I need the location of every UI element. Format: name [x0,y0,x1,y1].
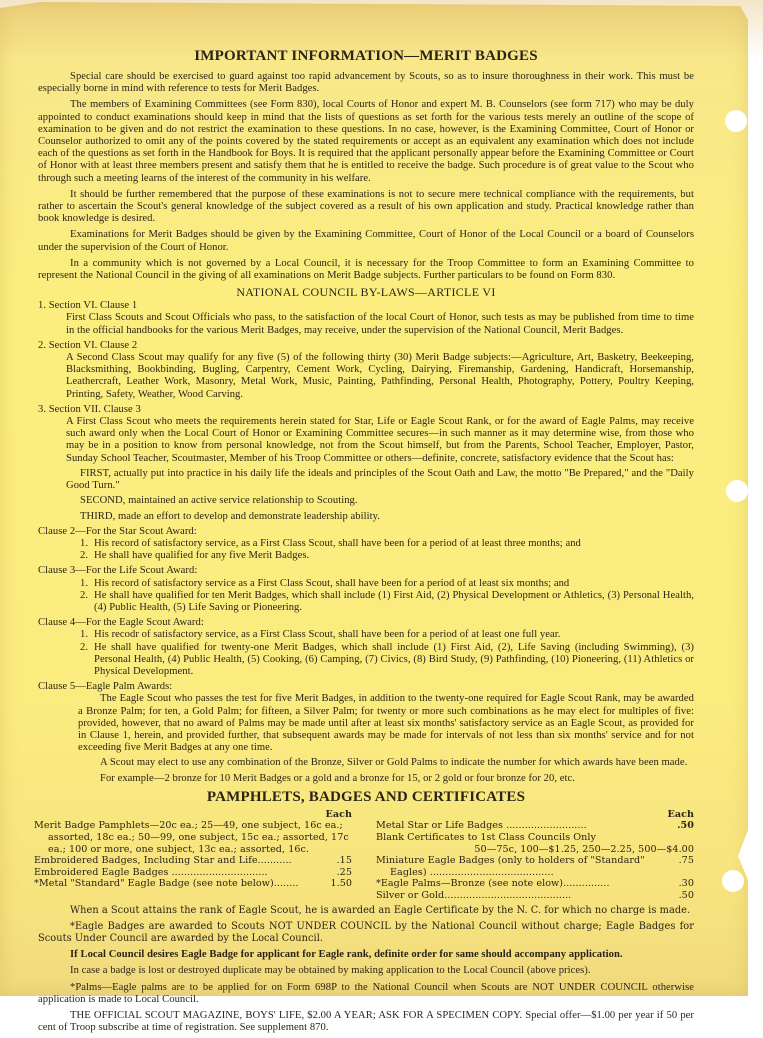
bylaws-section: 1. Section VI. Clause 1 First Class Scou… [38,300,694,785]
price-item: *Metal "Standard" Eagle Badge (see note … [34,878,352,890]
palm-paragraph: The Eagle Scout who passes the test for … [78,693,694,754]
note-paragraph: If Local Council desires Eagle Badge for… [38,949,694,961]
palm-paragraph: For example—2 bronze for 10 Merit Badges… [78,773,694,785]
price-item: Silver or Gold..........................… [376,890,694,902]
punch-hole-middle [726,480,748,502]
section-text: First Class Scouts and Scout Officials w… [66,312,694,336]
clause-label: Clause 5—Eagle Palm Awards: [38,681,694,693]
requirement-point: FIRST, actually put into practice in his… [66,468,694,492]
intro-section: Special care should be exercised to guar… [38,71,694,282]
price-item: Merit Badge Pamphlets—20c ea.; 25—49, on… [34,820,352,855]
price-item: *Eagle Palms—Bronze (see note elow).....… [376,878,694,890]
clause-label: Clause 2—For the Star Scout Award: [38,526,694,538]
clause-label: Clause 4—For the Eagle Scout Award: [38,617,694,629]
each-label: Each [376,809,694,821]
bylaws-heading: NATIONAL COUNCIL BY-LAWS—ARTICLE VI [38,286,694,299]
notes-section: When a Scout attains the rank of Eagle S… [38,905,694,1000]
price-item: Miniature Eagle Badges (only to holders … [376,855,694,878]
clause-item: 1.His record of satisfactory service as … [80,578,694,590]
price-item: Blank Certificates to 1st Class Councils… [376,832,694,844]
intro-paragraph: It should be further remembered that the… [38,189,694,226]
clause-item: 1.His recodr of satisfactory service, as… [80,629,694,641]
palm-paragraph: A Scout may elect to use any combination… [78,757,694,769]
clause-item: 2.He shall have qualified for twenty-one… [80,642,694,679]
section-text: A First Class Scout who meets the requir… [66,416,694,465]
document-body: IMPORTANT INFORMATION—MERIT BADGES Speci… [38,48,694,1000]
note-paragraph: In case a badge is lost or destroyed dup… [38,965,694,977]
section-text: A Second Class Scout may qualify for any… [66,352,694,401]
note-paragraph: *Eagle Badges are awarded to Scouts NOT … [38,921,694,945]
clause-item: 2.He shall have qualified for any five M… [80,550,694,562]
price-item: Embroidered Eagle Badges ...............… [34,867,352,879]
requirement-point: SECOND, maintained an active service rel… [66,495,694,507]
price-list: Each Merit Badge Pamphlets—20c ea.; 25—4… [38,809,694,902]
note-paragraph: When a Scout attains the rank of Eagle S… [38,905,694,917]
punch-hole-top [725,110,747,132]
intro-paragraph: Special care should be exercised to guar… [38,71,694,95]
section-label: 2. Section VI. Clause 2 [38,340,694,352]
price-item: 50—75c, 100—$1.25, 250—2.25, 500—$4.00 [376,844,694,856]
clause-label: Clause 3—For the Life Scout Award: [38,565,694,577]
price-list-heading: PAMPHLETS, BADGES AND CERTIFICATES [38,789,694,805]
page-title: IMPORTANT INFORMATION—MERIT BADGES [38,48,694,64]
note-paragraph: *Palms—Eagle palms are to be applied for… [38,982,694,1000]
price-item: Embroidered Badges, Including Star and L… [34,855,352,867]
intro-paragraph: Examinations for Merit Badges should be … [38,229,694,253]
section-label: 3. Section VII. Clause 3 [38,404,694,416]
price-column-left: Each Merit Badge Pamphlets—20c ea.; 25—4… [34,809,352,902]
each-label: Each [34,809,352,821]
section-label: 1. Section VI. Clause 1 [38,300,694,312]
clause-item: 2.He shall have qualified for ten Merit … [80,590,694,614]
price-item: Metal Star or Life Badges ..............… [376,820,694,832]
price-column-right: Each Metal Star or Life Badges .........… [376,809,694,902]
punch-hole-bottom [722,870,744,892]
clause-item: 1.His record of satisfactory service, as… [80,538,694,550]
intro-paragraph: In a community which is not governed by … [38,258,694,282]
intro-paragraph: The members of Examining Committees (see… [38,99,694,184]
requirement-point: THIRD, made an effort to develop and dem… [66,511,694,523]
